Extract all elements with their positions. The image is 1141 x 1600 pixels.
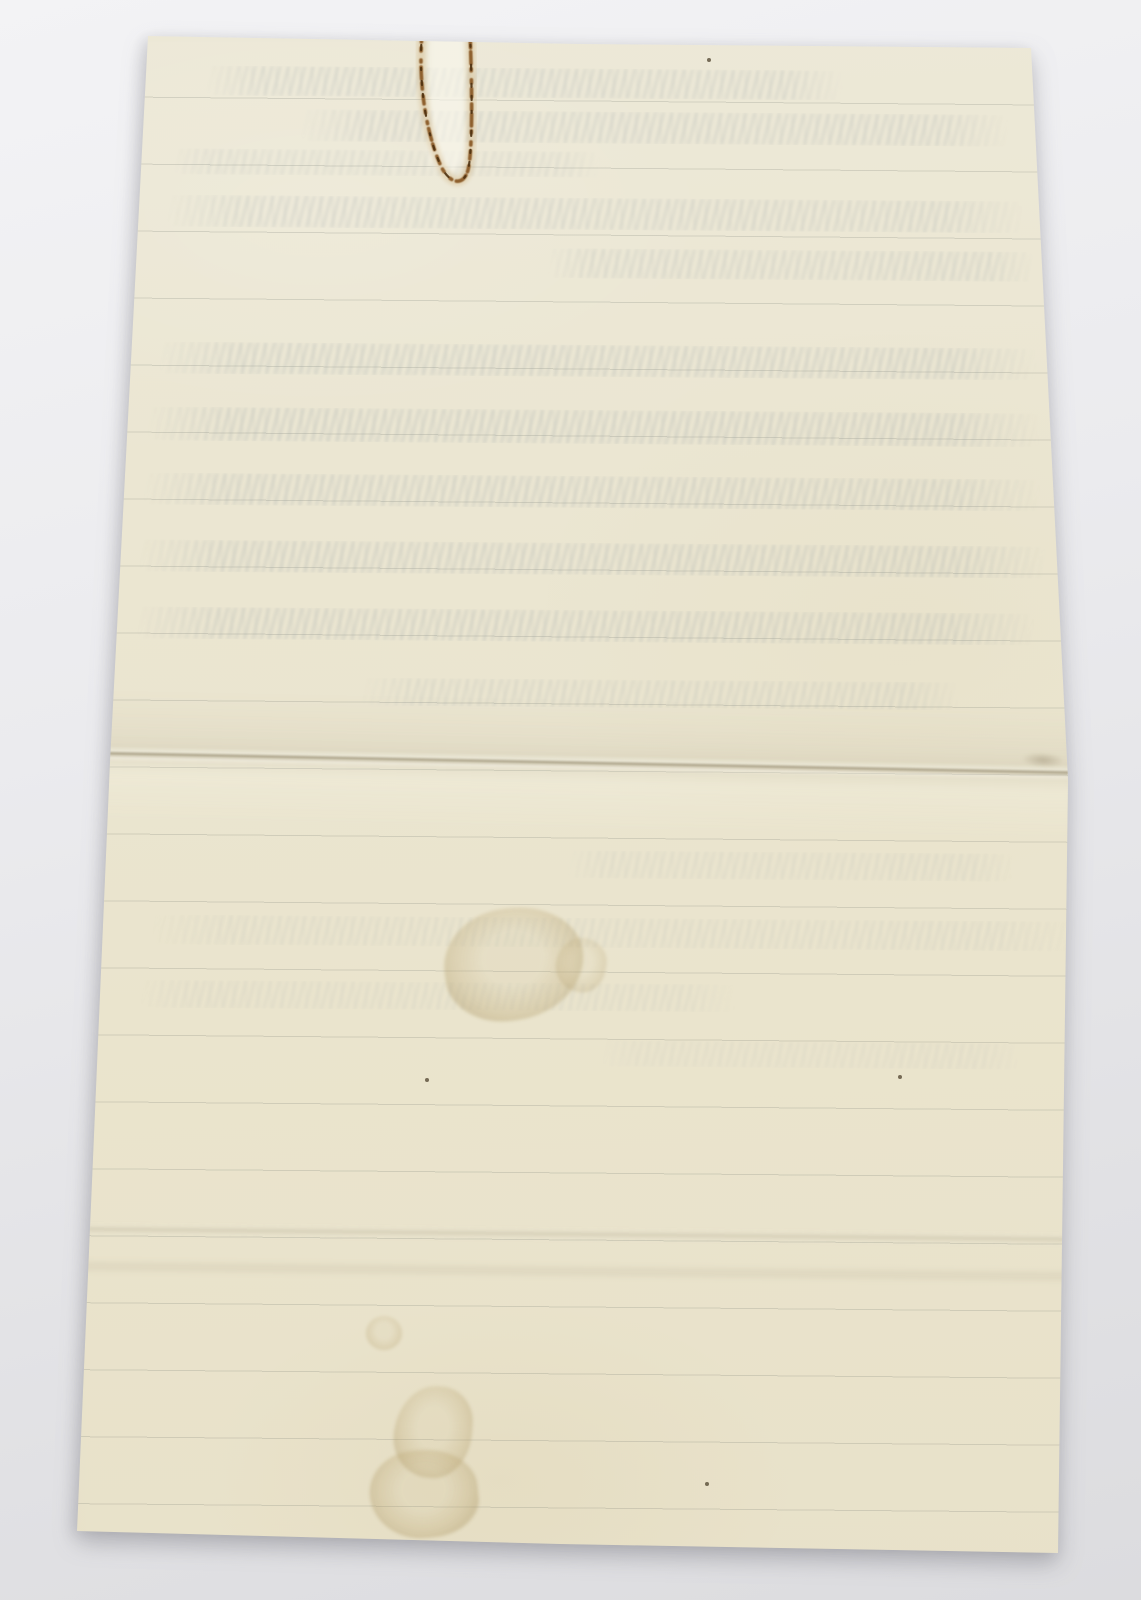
paper-speck xyxy=(425,1078,429,1082)
letter-sheet-verso xyxy=(0,0,1141,1600)
paper-speck xyxy=(705,1482,709,1486)
handwriting-ghost-row xyxy=(205,65,845,100)
handwriting-ghost-row xyxy=(165,195,1025,234)
photo-scene xyxy=(0,0,1141,1600)
paper-speck xyxy=(707,58,711,62)
fold-crease-right-notch xyxy=(1013,748,1072,772)
handwriting-ghost-row xyxy=(300,109,1010,147)
paper-speck xyxy=(898,1075,902,1079)
handwriting-ghost-row xyxy=(172,148,602,177)
handwriting-ghost-row xyxy=(545,248,1035,282)
handwriting-ghost-row xyxy=(138,980,738,1013)
handwriting-ghost-row xyxy=(600,1040,1020,1069)
handwriting-ghost-row xyxy=(146,406,1041,447)
paperclip-rust-stain-icon xyxy=(410,30,490,198)
water-stain xyxy=(366,1316,402,1350)
paper-shadow xyxy=(0,0,1141,1600)
